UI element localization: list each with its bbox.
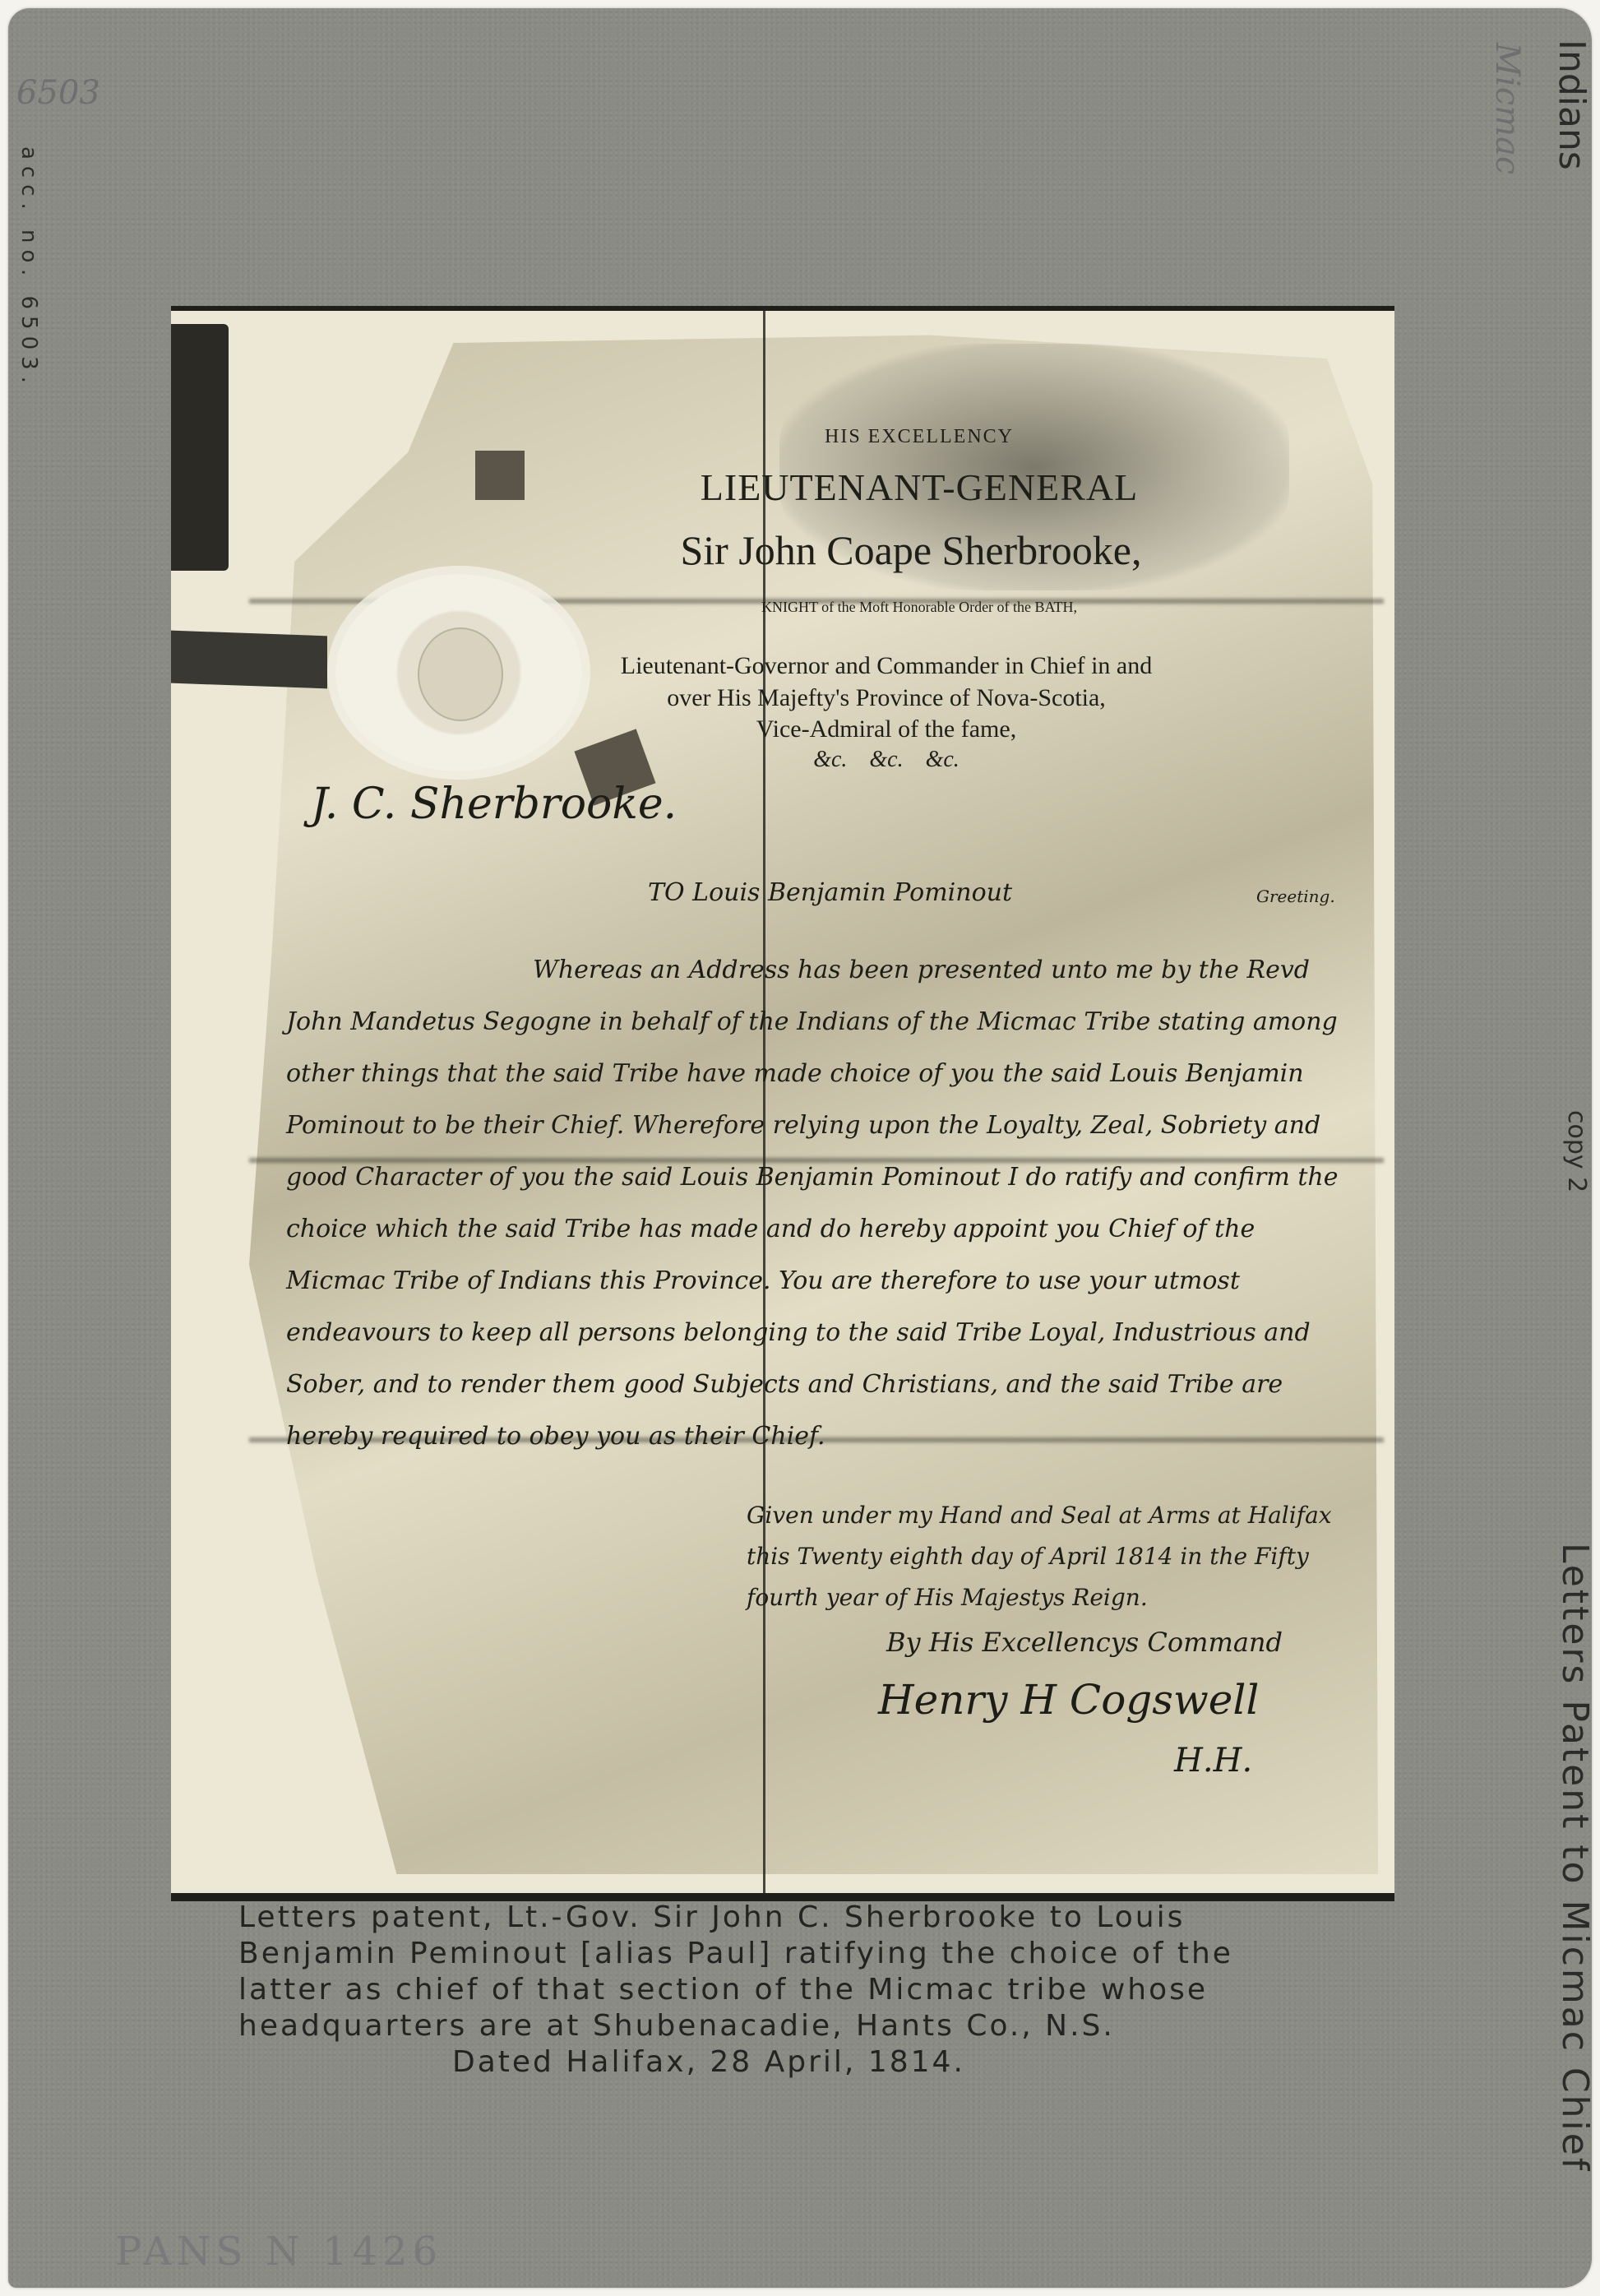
secretary-signature: Henry H Cogswell: [878, 1676, 1259, 1724]
header-vice-admiral: Vice-Admiral of the fame,: [516, 715, 1256, 743]
given-clause: Given under my Hand and Seal at Arms at …: [747, 1495, 1371, 1618]
copy-label: copy 2: [1562, 1110, 1591, 1192]
caption-line: headquarters are at Shubenacadie, Hants …: [238, 2008, 1390, 2044]
header-title: Lieutenant-Governor and Commander in Chi…: [516, 652, 1256, 680]
header-etc: &c. &c. &c.: [516, 747, 1256, 773]
subject-pencil-label: Micmac: [1488, 43, 1526, 174]
command-line: By His Excellencys Command: [886, 1627, 1283, 1658]
archive-reference: PANS N 1426: [115, 2229, 442, 2275]
subject-label: Indians: [1551, 39, 1593, 170]
initials: H.H.: [1174, 1742, 1252, 1780]
side-title: Letters Patent to Micmac Chief: [1554, 1543, 1596, 2173]
seal-impression: [418, 627, 503, 721]
caption-line: Letters patent, Lt.-Gov. Sir John C. She…: [238, 1900, 1390, 1936]
caption: Letters patent, Lt.-Gov. Sir John C. She…: [238, 1900, 1390, 2081]
header-name: Sir John Coape Sherbrooke,: [599, 526, 1223, 574]
caption-line: Benjamin Peminout [alias Paul] ratifying…: [238, 1936, 1390, 1972]
greeting: Greeting.: [1256, 886, 1335, 906]
accession-number: acc. no. 6503.: [16, 146, 41, 390]
seal-ribbon: [171, 631, 327, 689]
caption-date: Dated Halifax, 28 April, 1814.: [238, 2044, 1390, 2081]
body-text: Whereas an Address has been presented un…: [286, 956, 1338, 1451]
ribbon-tag: [475, 451, 525, 500]
header-order: KNIGHT of the Moft Honorable Order of th…: [631, 599, 1207, 616]
document-body: Whereas an Address has been presented un…: [286, 944, 1355, 1462]
header-his-excellency: HIS EXCELLENCY: [631, 426, 1207, 448]
governor-signature: J. C. Sherbrooke.: [311, 780, 677, 829]
document-photograph: HIS EXCELLENCY LIEUTENANT-GENERAL Sir Jo…: [171, 306, 1394, 1901]
caption-line: latter as chief of that section of the M…: [238, 1972, 1390, 2008]
header-province: over His Majefty's Province of Nova-Scot…: [516, 684, 1256, 712]
addressee: TO Louis Benjamin Pominout: [648, 878, 1012, 907]
pencil-number: 6503: [16, 74, 100, 112]
left-strap: [171, 324, 229, 571]
header-rank: LIEUTENANT-GENERAL: [631, 465, 1207, 509]
